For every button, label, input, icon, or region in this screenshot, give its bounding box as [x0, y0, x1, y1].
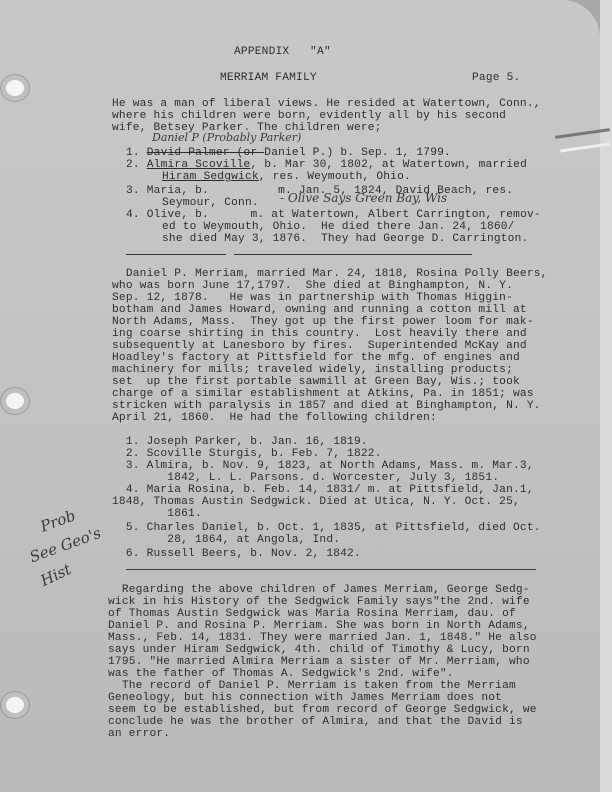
handwritten-annotation: - Olive Says Green Bay, Wis [280, 191, 447, 205]
child-item-cont: Hiram Sedgwick, res. Weymouth, Ohio. [162, 171, 411, 183]
para3-line: seem to be established, but from record … [108, 704, 537, 716]
para3-line: Mass., Feb. 14, 1831. They were married … [108, 632, 537, 644]
para3-line: wick in his History of the Sedgwick Fami… [108, 596, 530, 608]
para2-line: who was born June 17,1797. She died at B… [112, 280, 513, 292]
child-item-cont: 1848, Thomas Austin Sedgwick. Died at Ut… [112, 496, 520, 508]
page-edge [600, 0, 612, 792]
para3-line: says under Hiram Sedgwick, 4th. child of… [108, 644, 530, 656]
child-item-cont: 1861. [112, 508, 202, 520]
para3-line: conclude he was the brother of Almira, a… [108, 716, 523, 728]
punch-hole-top [6, 80, 24, 96]
para3-line: Geneology, but his connection with James… [108, 692, 502, 704]
handwritten-annotation: Daniel P (Probably Parker) [152, 131, 301, 144]
para2-line: Hoadley's factory at Pittsfield for the … [112, 352, 520, 364]
para2-line: Daniel P. Merriam, married Mar. 24, 1818… [112, 268, 548, 280]
para2-line: ing coarse shirting in this country. Los… [112, 328, 527, 340]
para3-line: Daniel P. and Rosina P. Merriam. She was… [108, 620, 530, 632]
para3-line: an error. [108, 728, 170, 740]
para3-line: The record of Daniel P. Merriam is taken… [108, 680, 516, 692]
child-item: 5. Charles Daniel, b. Oct. 1, 1835, at P… [112, 522, 541, 534]
punch-hole-bottom [6, 697, 24, 713]
child-item-cont: 28, 1864, at Angola, Ind. [112, 534, 340, 546]
para1-line: He was a man of liberal views. He reside… [112, 98, 541, 110]
appendix-heading: APPENDIX "A" [234, 46, 331, 58]
child-item-cont: 1842, L. L. Parsons. d. Worcester, July … [112, 472, 499, 484]
child-item: 2. Almira Scoville, b. Mar 30, 1802, at … [126, 159, 527, 171]
child-item-cont: ed to Weymouth, Ohio. He died there Jan.… [162, 221, 515, 233]
child-item: 6. Russell Beers, b. Nov. 2, 1842. [112, 548, 361, 560]
para3-line: of Thomas Austin Sedgwick was Maria Rosi… [108, 608, 516, 620]
child-item: 4. Maria Rosina, b. Feb. 14, 1831/ m. at… [112, 484, 534, 496]
divider-rule [234, 254, 472, 255]
child-item: 4. Olive, b. m. at Watertown, Albert Car… [126, 209, 541, 221]
para3-line: Regarding the above children of James Me… [108, 584, 530, 596]
child-item: 1. Joseph Parker, b. Jan. 16, 1819. [112, 436, 368, 448]
para1-line: where his children were born, evidently … [112, 110, 506, 122]
para2-line: set up the first portable sawmill at Gre… [112, 376, 520, 388]
para2-line: North Adams, Mass. They got up the first… [112, 316, 534, 328]
child-item: 2. Scoville Sturgis, b. Feb. 7, 1822. [112, 448, 382, 460]
para2-line: machinery for mills; traveled widely, in… [112, 364, 513, 376]
page-number: Page 5. [472, 72, 520, 84]
para2-line: charge of a similar establishment at Atk… [112, 388, 534, 400]
child-item-cont: she died May 3, 1876. They had George D.… [162, 233, 528, 245]
divider-rule [126, 569, 536, 570]
divider-rule [126, 254, 226, 255]
child-item: 1. David Palmer (or Daniel P.) b. Sep. 1… [126, 147, 451, 159]
para2-line: subsequently at Lanesboro by fires. Supe… [112, 340, 527, 352]
para2-line: stricken with paralysis in 1857 and died… [112, 400, 541, 412]
para2-line: Sep. 12, 1878. He was in partnership wit… [112, 292, 513, 304]
para3-line: was the father of Thomas A. Sedgwick's 2… [108, 668, 454, 680]
para3-line: 1795. "He married Almira Merriam a siste… [108, 656, 530, 668]
para2-line: April 21, 1860. He had the following chi… [112, 412, 437, 424]
family-heading: MERRIAM FAMILY [220, 72, 317, 84]
child-item-cont: Seymour, Conn. [162, 197, 259, 209]
punch-hole-middle [6, 393, 24, 409]
para2-line: botham and James Howard, owning and runn… [112, 304, 527, 316]
child-item: 3. Almira, b. Nov. 9, 1823, at North Ada… [112, 460, 534, 472]
